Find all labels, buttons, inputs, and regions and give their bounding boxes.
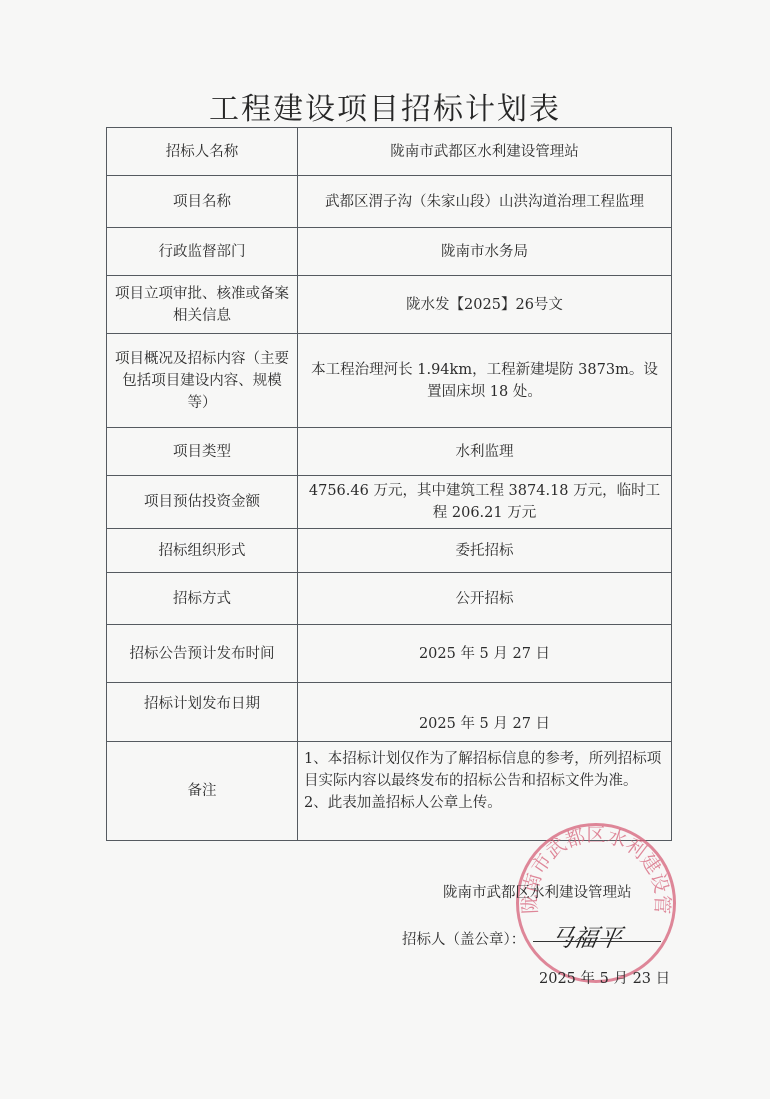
row-value: 陇南市水务局 <box>298 228 672 276</box>
row-label: 备注 <box>107 742 298 841</box>
table-row: 项目名称 武都区渭子沟（朱家山段）山洪沟道治理工程监理 <box>107 176 672 228</box>
row-value: 公开招标 <box>298 573 672 625</box>
signature-line <box>533 941 661 942</box>
table-row: 招标组织形式 委托招标 <box>107 529 672 573</box>
row-label: 项目类型 <box>107 428 298 476</box>
row-value: 本工程治理河长 1.94km，工程新建堤防 3873m。设置固床坝 18 处。 <box>298 334 672 428</box>
row-value: 陇水发【2025】26号文 <box>298 276 672 334</box>
table-row: 行政监督部门 陇南市水务局 <box>107 228 672 276</box>
official-seal: 陇南市武都区水利建设管理站 <box>516 823 676 983</box>
row-label: 招标公告预计发布时间 <box>107 625 298 683</box>
signature: 马福平 <box>547 918 625 953</box>
row-value: 2025 年 5 月 27 日 <box>298 625 672 683</box>
document-title: 工程建设项目招标计划表 <box>0 84 770 128</box>
row-label: 项目立项审批、核准或备案相关信息 <box>107 276 298 334</box>
row-label: 项目名称 <box>107 176 298 228</box>
row-label: 招标人名称 <box>107 128 298 176</box>
seal-icon: 陇南市武都区水利建设管理站 <box>519 826 673 980</box>
row-label: 招标方式 <box>107 573 298 625</box>
row-label: 招标计划发布日期 <box>107 683 298 742</box>
tender-plan-table: 招标人名称 陇南市武都区水利建设管理站 项目名称 武都区渭子沟（朱家山段）山洪沟… <box>106 127 672 841</box>
table-row: 项目预估投资金额 4756.46 万元，其中建筑工程 3874.18 万元，临时… <box>107 476 672 529</box>
table-row: 项目概况及招标内容（主要包括项目建设内容、规模等） 本工程治理河长 1.94km… <box>107 334 672 428</box>
row-value: 2025 年 5 月 27 日 <box>298 683 672 742</box>
row-value: 武都区渭子沟（朱家山段）山洪沟道治理工程监理 <box>298 176 672 228</box>
row-value: 委托招标 <box>298 529 672 573</box>
footer-organization: 陇南市武都区水利建设管理站 <box>443 881 632 902</box>
row-label: 项目预估投资金额 <box>107 476 298 529</box>
row-value: 4756.46 万元，其中建筑工程 3874.18 万元，临时工程 206.21… <box>298 476 672 529</box>
remark-2: 2、此表加盖招标人公章上传。 <box>304 792 665 814</box>
row-label: 行政监督部门 <box>107 228 298 276</box>
table-row: 招标公告预计发布时间 2025 年 5 月 27 日 <box>107 625 672 683</box>
row-value: 陇南市武都区水利建设管理站 <box>298 128 672 176</box>
row-value: 水利监理 <box>298 428 672 476</box>
table-row: 招标计划发布日期 2025 年 5 月 27 日 <box>107 683 672 742</box>
table-row: 项目立项审批、核准或备案相关信息 陇水发【2025】26号文 <box>107 276 672 334</box>
remark-1: 1、本招标计划仅作为了解招标信息的参考，所列招标项目实际内容以最终发布的招标公告… <box>304 748 665 792</box>
row-label: 招标组织形式 <box>107 529 298 573</box>
table-row: 项目类型 水利监理 <box>107 428 672 476</box>
stamp-label: 招标人（盖公章）： <box>402 928 525 949</box>
table-row: 招标方式 公开招标 <box>107 573 672 625</box>
footer-date: 2025 年 5 月 23 日 <box>539 967 670 988</box>
row-label: 项目概况及招标内容（主要包括项目建设内容、规模等） <box>107 334 298 428</box>
table-row: 招标人名称 陇南市武都区水利建设管理站 <box>107 128 672 176</box>
